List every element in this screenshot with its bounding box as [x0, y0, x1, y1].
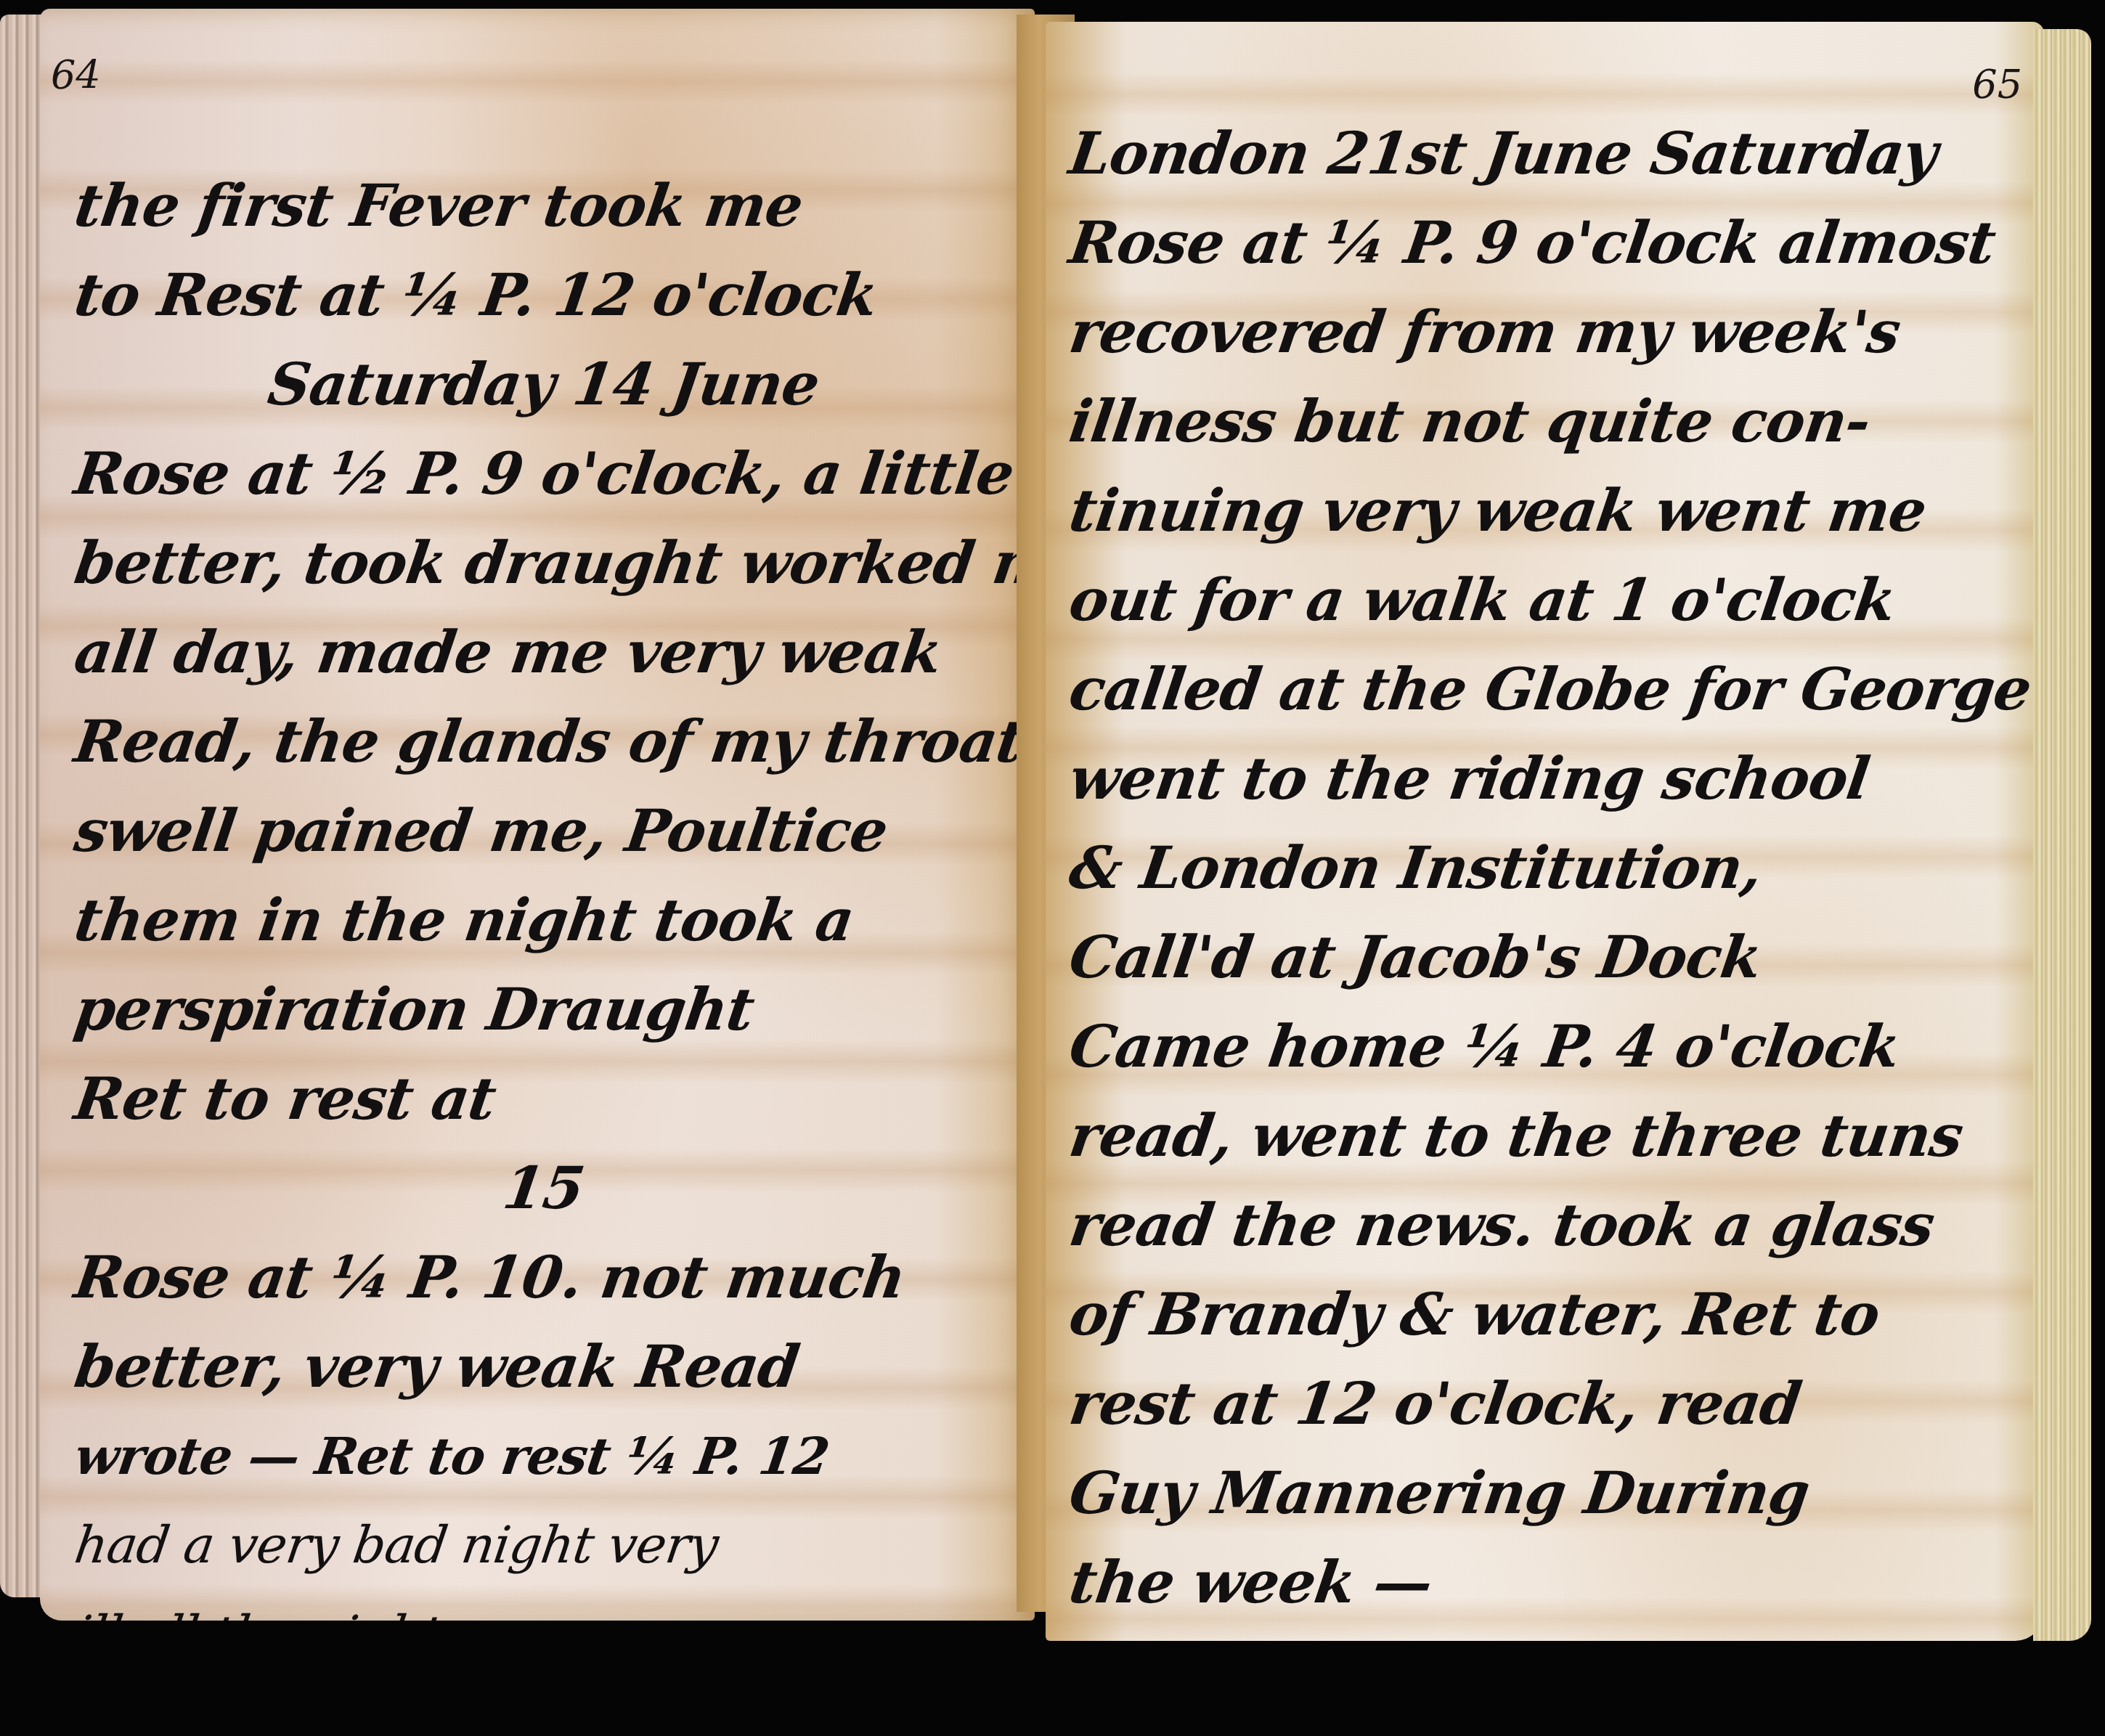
text-line: & London Institution,: [1064, 823, 2027, 913]
text-line: Call'd at Jacob's Dock: [1064, 913, 2027, 1002]
text-line: rest at 12 o'clock, read: [1064, 1359, 2027, 1448]
text-line: Rose at ¼ P. 10. not much: [69, 1233, 1018, 1322]
text-line: the first Fever took me: [69, 161, 1018, 250]
text-line: the week —: [1064, 1538, 2027, 1627]
text-line: had a very bad night very: [69, 1501, 1018, 1590]
text-line: Guy Mannering During: [1064, 1448, 2027, 1538]
left-page-text: the first Fever took me to Rest at ¼ P. …: [69, 161, 1006, 1621]
text-line: Rose at ¼ P. 9 o'clock almost: [1064, 198, 2027, 288]
text-line: of Brandy & water, Ret to: [1064, 1270, 2027, 1359]
entry-date-heading: London 21st June Saturday: [1064, 109, 2027, 198]
text-line: better, very weak Read: [69, 1322, 1018, 1411]
text-line: all day, made me very weak: [69, 608, 1018, 697]
text-line: ill all the night: [69, 1590, 1018, 1621]
text-line: better, took draught worked me: [69, 518, 1018, 608]
page-number-right: 65: [1972, 62, 2022, 107]
text-line: tinuing very weak went me: [1064, 466, 2027, 555]
text-line: recovered from my week's: [1064, 288, 2027, 377]
text-line: went to the riding school: [1064, 734, 2027, 823]
open-journal: 64 the first Fever took me to Rest at ¼ …: [0, 0, 2105, 1736]
text-line: Read, the glands of my throat: [69, 697, 1018, 786]
text-line: out for a walk at 1 o'clock: [1064, 555, 2027, 645]
text-line: called at the Globe for George: [1064, 645, 2027, 734]
text-line: read the news. took a glass: [1064, 1181, 2027, 1270]
entry-date-heading: 15: [69, 1144, 1018, 1233]
text-line: illness but not quite con-: [1064, 377, 2027, 466]
text-line: read, went to the three tuns: [1064, 1091, 2027, 1181]
text-line: swell pained me, Poultice: [69, 786, 1018, 876]
text-line: perspiration Draught: [69, 965, 1018, 1054]
entry-date-heading: Saturday 14 June: [69, 340, 1018, 429]
text-line: them in the night took a: [69, 876, 1018, 965]
page-number-left: 64: [51, 52, 101, 98]
right-page: 65 London 21st June Saturday Rose at ¼ P…: [1046, 22, 2044, 1641]
text-line: to Rest at ¼ P. 12 o'clock: [69, 250, 1018, 340]
right-page-text: London 21st June Saturday Rose at ¼ P. 9…: [1064, 109, 2015, 1627]
left-page: 64 the first Fever took me to Rest at ¼ …: [40, 9, 1035, 1621]
right-page-edges: [2033, 29, 2091, 1641]
text-line: Rose at ½ P. 9 o'clock, a little: [69, 429, 1018, 518]
text-line: wrote — Ret to rest ¼ P. 12: [69, 1411, 1018, 1501]
text-line: Came home ¼ P. 4 o'clock: [1064, 1002, 2027, 1091]
text-line: Ret to rest at: [69, 1054, 1018, 1144]
